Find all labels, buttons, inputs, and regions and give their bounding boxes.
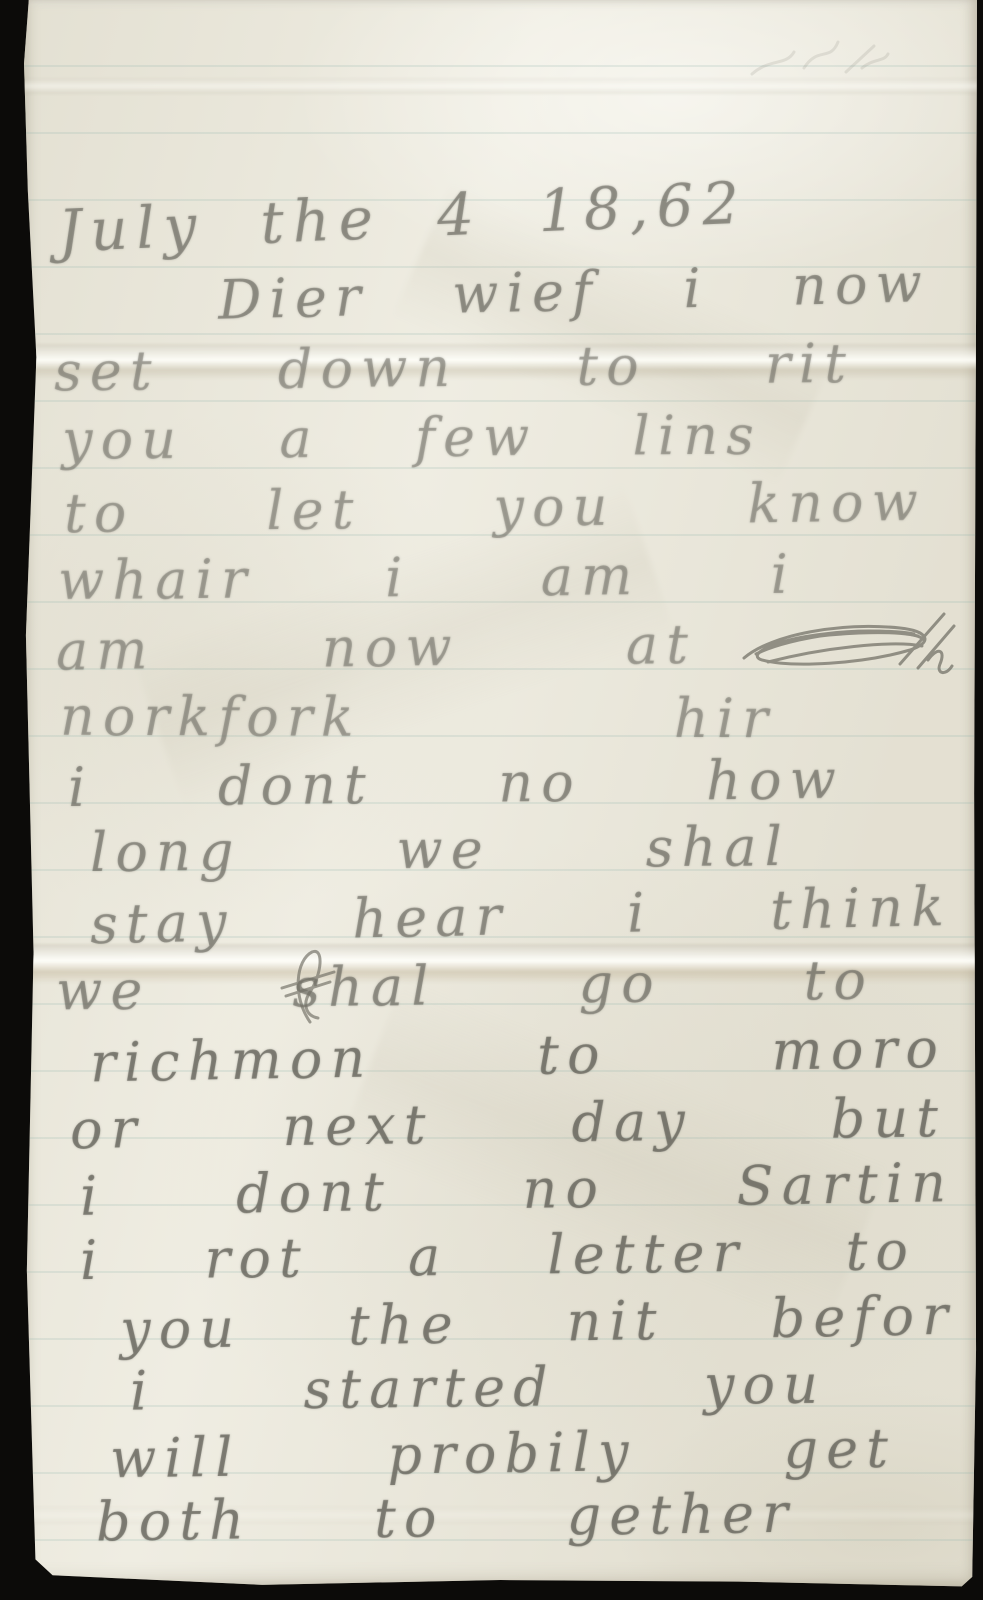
handwritten-line: to let you know [64,472,927,543]
handwritten-line: whair i am i [58,545,796,611]
handwritten-line: long we shal [90,817,790,882]
handwritten-line: am now at [56,615,697,681]
handwritten-line: you a few lins [62,406,762,470]
handwritten-line: richmon to moro [90,1019,947,1093]
scan-background: July the 4 18,62 Dier wief i now set dow… [0,0,983,1600]
handwritten-line: set down to rit [54,334,855,402]
handwritten-line: or next day but [70,1088,947,1160]
handwritten-line: i dont no Sartin [80,1153,955,1226]
handwritten-line: we shal go to [56,950,875,1021]
handwritten-line: i dont no how [68,750,845,818]
pencil-scribble-word [732,606,958,690]
handwritten-line: i started you [130,1354,827,1421]
handwritten-line: you the nit befor [120,1286,957,1360]
pencil-scribble-letter [276,944,340,1030]
corner-pencil-smudge [734,28,894,92]
handwritten-line: both to gether [96,1484,797,1552]
handwritten-line: norkfork hir [60,687,776,749]
handwritten-line: i rot a letter to [80,1221,917,1291]
handwritten-line: will probily get [110,1419,897,1489]
